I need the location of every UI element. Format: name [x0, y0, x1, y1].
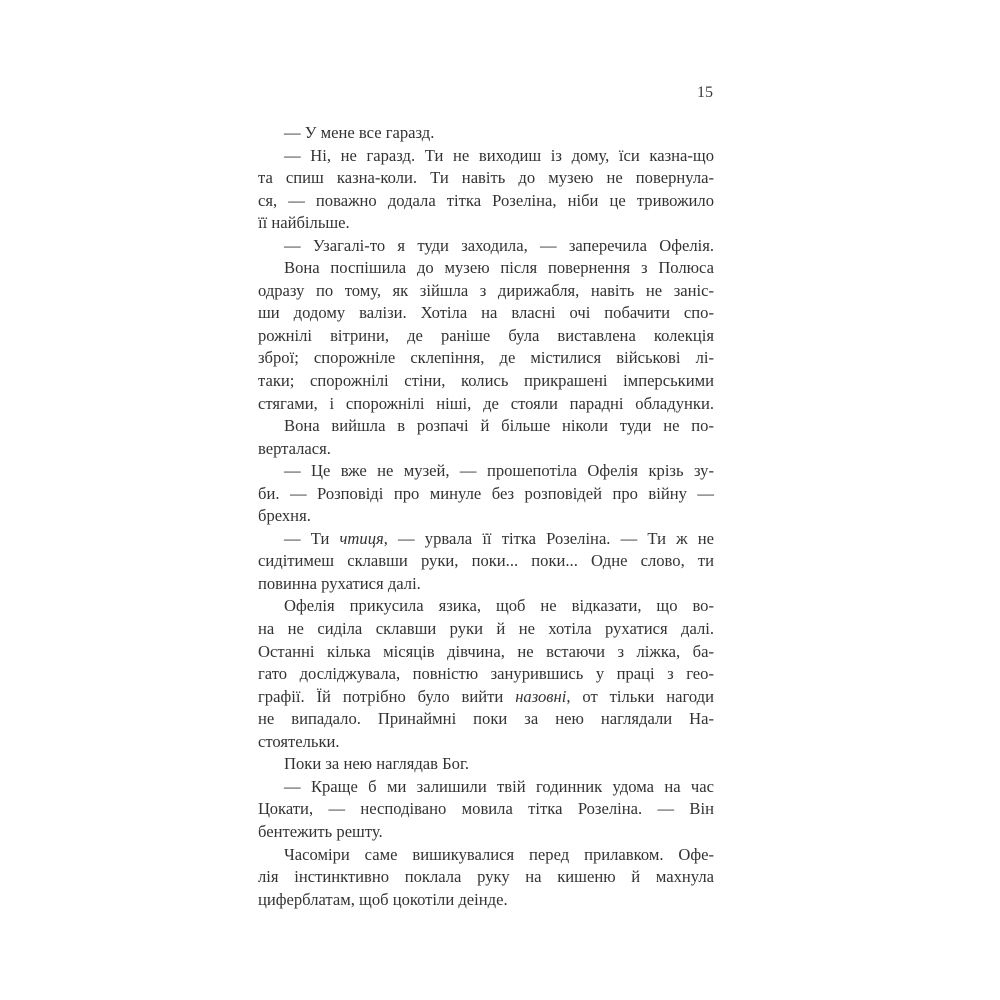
text-line: Офелія прикусила язика, щоб не відказати… [258, 595, 714, 618]
text-line: брехня. [258, 505, 714, 528]
body-text: — У мене все гаразд.— Ні, не гаразд. Ти … [258, 122, 714, 911]
text-segment: графії. Їй потрібно було вийти [258, 687, 515, 706]
text-line: її найбільше. [258, 212, 714, 235]
text-line: лія інстинктивно поклала руку на кишеню … [258, 866, 714, 889]
text-line: би. — Розповіді про минуле без розповіде… [258, 483, 714, 506]
text-line: бентежить решту. [258, 821, 714, 844]
book-page: 15 — У мене все гаразд.— Ні, не гаразд. … [0, 0, 1000, 1000]
text-line: Часоміри саме вишикувалися перед прилавк… [258, 844, 714, 867]
text-line: — У мене все гаразд. [258, 122, 714, 145]
text-line: на не сиділа склавши руки й не хотіла ру… [258, 618, 714, 641]
text-line: гато досліджувала, повністю занурившись … [258, 663, 714, 686]
text-line: сидітимеш склавши руки, поки... поки... … [258, 550, 714, 573]
text-line: таки; спорожнілі стіни, колись прикрашен… [258, 370, 714, 393]
text-line: ся, — поважно додала тітка Розеліна, ніб… [258, 190, 714, 213]
text-line: стоятельки. [258, 731, 714, 754]
text-segment: , — урвала її тітка Розеліна. — Ти ж не [384, 529, 714, 548]
text-line: не випадало. Принаймні поки за нею нагля… [258, 708, 714, 731]
text-line: стягами, і спорожнілі ніші, де стояли па… [258, 393, 714, 416]
text-line: Останні кілька місяців дівчина, не встаю… [258, 641, 714, 664]
text-line: верталася. [258, 438, 714, 461]
text-line: — Ти чтиця, — урвала її тітка Розеліна. … [258, 528, 714, 551]
text-line: Поки за нею наглядав Бог. [258, 753, 714, 776]
text-line: Вона поспішила до музею після повернення… [258, 257, 714, 280]
text-line: та спиш казна-коли. Ти навіть до музею н… [258, 167, 714, 190]
text-segment: — Ти [284, 529, 340, 548]
text-line: зброї; спорожніле склепіння, де містилис… [258, 347, 714, 370]
italic-text: чтиця [340, 529, 384, 548]
text-line: Вона вийшла в розпачі й більше ніколи ту… [258, 415, 714, 438]
text-line: Цокати, — несподівано мовила тітка Розел… [258, 798, 714, 821]
italic-text: назовні [515, 687, 566, 706]
text-line: — Це вже не музей, — прошепотіла Офелія … [258, 460, 714, 483]
text-line: — Ні, не гаразд. Ти не виходиш із дому, … [258, 145, 714, 168]
text-line: повинна рухатися далі. [258, 573, 714, 596]
text-line: ши додому валізи. Хотіла на власні очі п… [258, 302, 714, 325]
text-line: рожнілі вітрини, де раніше була виставле… [258, 325, 714, 348]
page-number: 15 [680, 84, 713, 102]
text-line: одразу по тому, як зійшла з дирижабля, н… [258, 280, 714, 303]
text-line: графії. Їй потрібно було вийти назовні, … [258, 686, 714, 709]
text-segment: , от тільки нагоди [566, 687, 714, 706]
text-line: — Краще б ми залишили твій годинник удом… [258, 776, 714, 799]
text-line: циферблатам, щоб цокотіли деінде. [258, 889, 714, 912]
text-line: — Узагалі-то я туди заходила, — заперечи… [258, 235, 714, 258]
